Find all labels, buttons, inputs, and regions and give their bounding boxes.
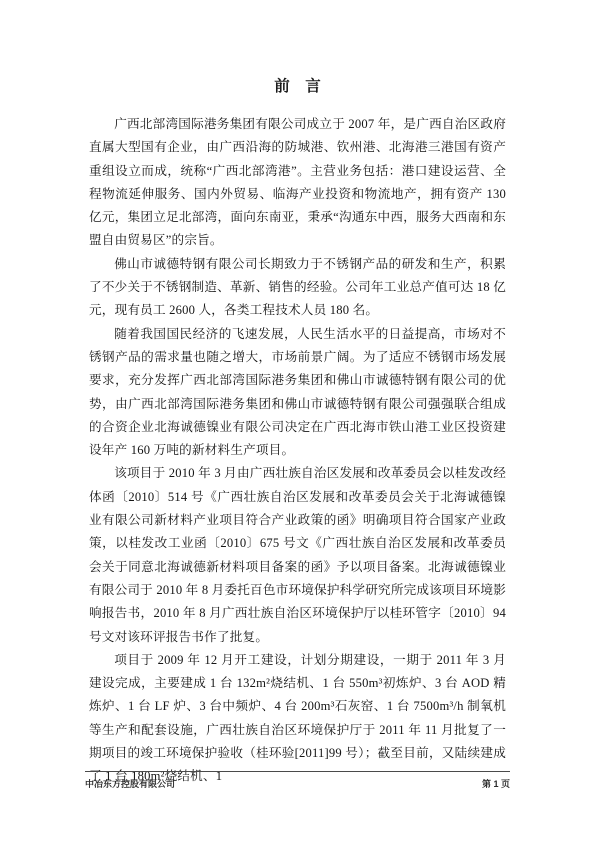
footer-company: 中冶东方控股有限公司 [85, 777, 175, 790]
document-body: 前 言 广西北部湾国际港务集团有限公司成立于 2007 年，是广西自治区政府直属… [89, 78, 506, 789]
page-title: 前 言 [89, 78, 506, 96]
paragraph-5: 项目于 2009 年 12 月开工建设，计划分期建设，一期于 2011 年 3 … [89, 649, 506, 789]
footer-page-number: 第 1 页 [482, 777, 510, 790]
paragraph-1: 广西北部湾国际港务集团有限公司成立于 2007 年，是广西自治区政府直属大型国有… [89, 113, 506, 253]
page-footer: 中冶东方控股有限公司 第 1 页 [85, 771, 510, 790]
paragraph-4: 该项目于 2010 年 3 月由广西壮族自治区发展和改革委员会以桂发改经体函〔2… [89, 462, 506, 648]
document-page: 前 言 广西北部湾国际港务集团有限公司成立于 2007 年，是广西自治区政府直属… [0, 0, 595, 842]
paragraph-2: 佛山市诚德特钢有限公司长期致力于不锈钢产品的研发和生产，积累了不少关于不锈钢制造… [89, 253, 506, 323]
paragraph-3: 随着我国国民经济的飞速发展，人民生活水平的日益提高，市场对不锈钢产品的需求量也随… [89, 323, 506, 463]
